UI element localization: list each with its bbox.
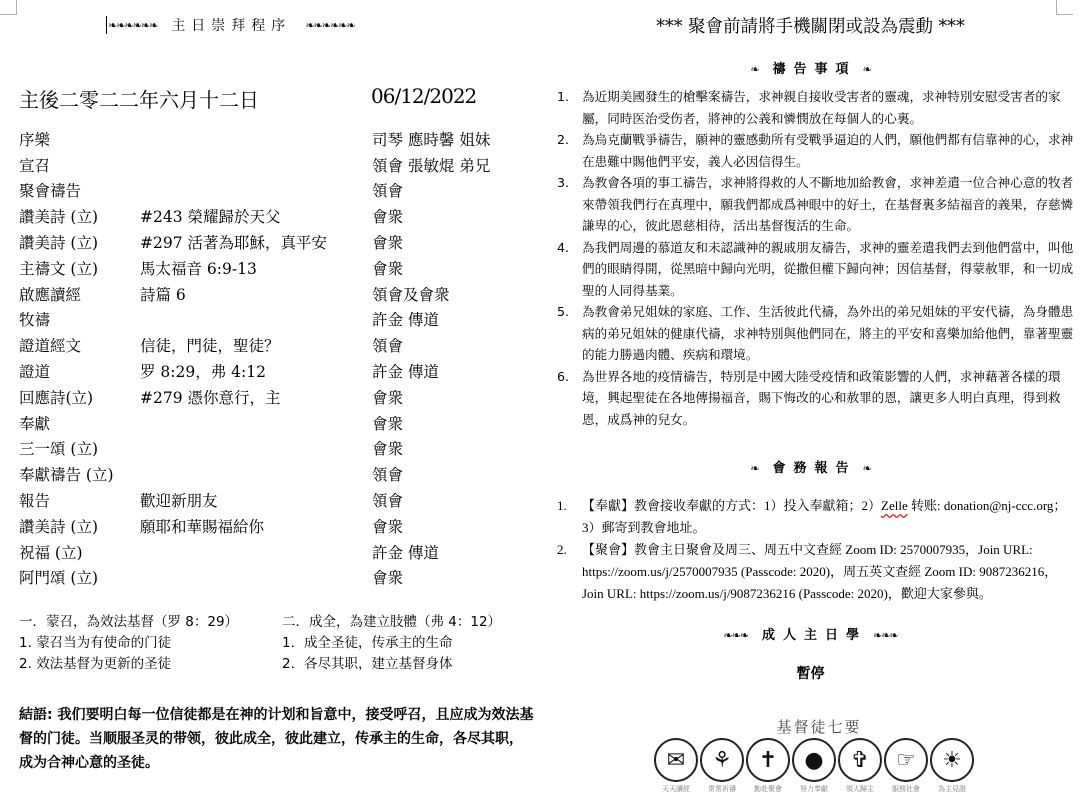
program-leader: 領會: [372, 179, 403, 201]
outline-point: 1.成全圣徒，传承主的生命: [282, 631, 501, 652]
outline-part-1: 一．蒙召，為效法基督（罗 8：29） 1. 蒙召当为有使命的门徒 2. 效法基督…: [19, 610, 238, 673]
program-row: 牧禱許金 傳道: [19, 307, 519, 333]
item-text: 為烏克蘭戰爭禱告，願神的靈感動所有受戰爭逼迫的人們，願他們都有信靠神的心，求神在…: [582, 129, 1077, 172]
outline-heading: 二．成全，為建立肢體（弗 4：12）: [282, 610, 501, 631]
point-number: 1.: [282, 635, 304, 651]
prayer-section-title: ❧禱告事項❧: [540, 58, 1081, 77]
announcements-page: *** 聚會前請將手機關閉或設為震動 *** ❧禱告事項❧ 1.為近期美國發生的…: [540, 0, 1081, 808]
program-detail: 信徒，門徒，聖徒？: [140, 334, 372, 356]
item-number: 3.: [557, 172, 582, 237]
news-item: 1.【奉獻】教會接收奉獻的方式：1）投入奉獻箱；2）Zelle 转账: dona…: [557, 495, 1077, 539]
program-item: 三一頌 (立): [19, 437, 140, 459]
outline-point: 1. 蒙召当为有使命的门徒: [19, 631, 238, 652]
program-leader: 會衆: [372, 515, 403, 537]
sunday-school-status: 暫停: [540, 663, 1081, 683]
program-row: 祝福 (立)許金 傳道: [19, 539, 519, 565]
news-section-title: ❧會務報告❧: [540, 457, 1081, 476]
date-numeric: 06/12/2022: [371, 84, 476, 108]
item-number: 5.: [557, 301, 582, 366]
program-item: 阿門頌 (立): [19, 566, 140, 588]
point-number: 2.: [19, 656, 32, 672]
program-item: 奉獻禱告 (立): [19, 463, 140, 485]
program-heading: ❧❧❧❧❧❧ 主日崇拜程序 ❧❧❧❧❧❧: [108, 15, 438, 35]
program-row: 讚美詩 (立)#297 活著為耶穌，真平安會衆: [19, 229, 519, 255]
ornament-icon: ❧❧❧: [723, 629, 748, 642]
prayer-item: 4.為我們周邊的慕道友和未認識神的親戚朋友禱告，求神的靈差遣我們去到他們當中，叫…: [557, 237, 1077, 302]
text-segment: 【奉獻】教會接收奉獻的方式：1）投入奉獻箱；2）: [582, 498, 881, 513]
essential-label: 勤赴聚會: [746, 784, 790, 794]
church-gathering-icon: ✝: [746, 738, 790, 782]
program-leader: 許金 傳道: [372, 541, 439, 563]
program-title: 主日崇拜程序: [171, 15, 291, 35]
program-leader: 會衆: [372, 437, 403, 459]
ornament-icon: ❧: [863, 63, 871, 76]
program-row: 讚美詩 (立)#243 榮耀歸於天父會衆: [19, 203, 519, 229]
essential-label: 服務社會: [884, 784, 928, 794]
program-item: 奉獻: [19, 412, 140, 434]
program-row: 阿門頌 (立)會衆: [19, 565, 519, 591]
program-leader: 司琴 應時馨 姐妹: [372, 128, 490, 150]
program-item: 啟應讀經: [19, 283, 140, 305]
program-detail: 詩篇 6: [140, 283, 372, 305]
ornament-icon: ❧: [863, 462, 871, 475]
program-leader: 領會及會衆: [372, 283, 450, 305]
program-detail: 馬太福音 6:9-13: [140, 257, 372, 279]
section-heading: 成人主日學: [762, 628, 867, 643]
essential-label: 努力奉獻: [792, 784, 836, 794]
point-text: 成全圣徒，传承主的生命: [304, 635, 453, 651]
spellcheck-flagged-word[interactable]: Zelle: [881, 498, 908, 513]
prayer-item: 3.為教會各項的事工禱告，求神將得救的人不斷地加給教會，求神差遣一位合神心意的牧…: [557, 172, 1077, 237]
program-leader: 領會: [372, 463, 403, 485]
program-item: 主禱文 (立): [19, 257, 140, 279]
item-number: 1.: [557, 495, 582, 539]
ornament-icon: ❧❧❧❧❧❧: [305, 19, 354, 32]
news-item: 2.【聚會】教會主日聚會及周三、周五中文查經 Zoom ID: 25700079…: [557, 539, 1077, 605]
item-number: 2.: [557, 539, 582, 605]
item-text: 為世界各地的疫情禱告，特別是中國大陸受疫情和政策影響的人們，求神藉著各樣的環境，…: [582, 366, 1077, 431]
sunday-school-title: ❧❧❧成人主日學❧❧❧: [540, 624, 1081, 643]
program-row: 回應詩(立)#279 憑你意行，主會衆: [19, 384, 519, 410]
prayer-item: 1.為近期美國發生的槍擊案禱告，求神親自接收受害者的靈魂，求神特別安慰受害者的家…: [557, 86, 1077, 129]
essential-label: 常常祈禱: [700, 784, 744, 794]
item-number: 1.: [557, 86, 582, 129]
point-number: 2.: [282, 656, 304, 672]
seven-essentials-graphic: 基督徒七要 ✉ ⚘ ✝ ● ✞ ☞ ☀ 天天讀經 常常祈禱 勤赴聚會 努力奉獻 …: [654, 716, 984, 794]
essential-label: 領人歸主: [838, 784, 882, 794]
program-detail: 願耶和華賜福給你: [140, 515, 372, 537]
program-row: 主禱文 (立)馬太福音 6:9-13會衆: [19, 255, 519, 281]
program-row: 奉獻禱告 (立)領會: [19, 461, 519, 487]
program-detail: #279 憑你意行，主: [140, 386, 372, 408]
outline-part-2: 二．成全，為建立肢體（弗 4：12） 1.成全圣徒，传承主的生命 2.各尽其职，…: [282, 610, 501, 673]
program-row: 報告歡迎新朋友領會: [19, 487, 519, 513]
outline-point: 2. 效法基督为更新的圣徒: [19, 652, 238, 673]
seven-essentials-title: 基督徒七要: [654, 716, 984, 738]
essential-label: 天天讀經: [654, 784, 698, 794]
lead-to-christ-icon: ✞: [838, 738, 882, 782]
program-item: 祝福 (立): [19, 541, 140, 563]
program-detail: 歡迎新朋友: [140, 489, 372, 511]
ornament-icon: ❧❧❧❧❧❧: [108, 19, 157, 32]
program-leader: 會衆: [372, 257, 403, 279]
section-heading: 會務報告: [772, 461, 856, 476]
item-text: 為教會各項的事工禱告，求神將得救的人不斷地加給教會，求神差遣一位合神心意的牧者來…: [582, 172, 1077, 237]
prayer-list: 1.為近期美國發生的槍擊案禱告，求神親自接收受害者的靈魂，求神特別安慰受害者的家…: [557, 86, 1077, 430]
program-item: 回應詩(立): [19, 386, 140, 408]
kneeling-prayer-icon: ⚘: [700, 738, 744, 782]
prayer-item: 6.為世界各地的疫情禱告，特別是中國大陸受疫情和政策影響的人們，求神藉著各樣的環…: [557, 366, 1077, 431]
point-number: 1.: [19, 635, 32, 651]
offering-icon: ●: [792, 738, 836, 782]
item-number: 4.: [557, 237, 582, 302]
item-number: 6.: [557, 366, 582, 431]
item-text: 為教會弟兄姐妹的家庭、工作、生活彼此代禱，為外出的弟兄姐妹的平安代禱，為身體患病…: [582, 301, 1077, 366]
program-row: 三一頌 (立)會衆: [19, 436, 519, 462]
program-item: 序樂: [19, 128, 140, 150]
item-text: 【奉獻】教會接收奉獻的方式：1）投入奉獻箱；2）Zelle 转账: donati…: [582, 495, 1077, 539]
program-leader: 會衆: [372, 566, 403, 588]
program-item: 證道經文: [19, 334, 140, 356]
program-row: 啟應讀經詩篇 6領會及會衆: [19, 281, 519, 307]
item-text: 為我們周邊的慕道友和未認識神的親戚朋友禱告，求神的靈差遣我們去到他們當中，叫他們…: [582, 237, 1077, 302]
program-row: 宣召領會 張敏焜 弟兄: [19, 152, 519, 178]
date-chinese: 主後二零二二年六月十二日: [19, 84, 259, 113]
program-item: 讚美詩 (立): [19, 515, 140, 537]
program-item: 報告: [19, 489, 140, 511]
program-item: 牧禱: [19, 308, 140, 330]
program-leader: 領會: [372, 489, 403, 511]
ornament-icon: ❧: [750, 63, 758, 76]
outline-heading: 一．蒙召，為效法基督（罗 8：29）: [19, 610, 238, 631]
point-text: 蒙召当为有使命的门徒: [36, 635, 171, 651]
essential-label: 為主見證: [930, 784, 974, 794]
program-item: 證道: [19, 360, 140, 382]
program-row: 讚美詩 (立)願耶和華賜福給你會衆: [19, 513, 519, 539]
program-row: 序樂司琴 應時馨 姐妹: [19, 126, 519, 152]
program-row: 聚會禱告領會: [19, 178, 519, 204]
reading-bible-icon: ✉: [654, 738, 698, 782]
program-row: 奉獻會衆: [19, 410, 519, 436]
program-leader: 領會: [372, 334, 403, 356]
worship-program-page: ❧❧❧❧❧❧ 主日崇拜程序 ❧❧❧❧❧❧ 主後二零二二年六月十二日 06/12/…: [0, 0, 540, 808]
program-detail: #243 榮耀歸於天父: [140, 205, 372, 227]
outline-point: 2.各尽其职，建立基督身体: [282, 652, 501, 673]
prayer-item: 2.為烏克蘭戰爭禱告，願神的靈感動所有受戰爭逼迫的人們，願他們都有信靠神的心，求…: [557, 129, 1077, 172]
section-heading: 禱告事項: [772, 62, 856, 77]
program-item: 宣召: [19, 154, 140, 176]
news-list: 1.【奉獻】教會接收奉獻的方式：1）投入奉獻箱；2）Zelle 转账: dona…: [557, 495, 1077, 605]
prayer-item: 5.為教會弟兄姐妹的家庭、工作、生活彼此代禱，為外出的弟兄姐妹的平安代禱，為身體…: [557, 301, 1077, 366]
phone-notice: *** 聚會前請將手機關閉或設為震動 ***: [540, 13, 1081, 38]
program-item: 讚美詩 (立): [19, 205, 140, 227]
program-detail: 罗 8:29，弗 4:12: [140, 360, 372, 382]
program-leader: 會衆: [372, 386, 403, 408]
item-number: 2.: [557, 129, 582, 172]
program-leader: 許金 傳道: [372, 360, 439, 382]
program-leader: 會衆: [372, 205, 403, 227]
sermon-conclusion: 結語: 我们要明白每一位信徒都是在神的计划和旨意中，接受呼召，且应成为效法基督的…: [19, 703, 534, 775]
item-text: 為近期美國發生的槍擊案禱告，求神親自接收受害者的靈魂，求神特別安慰受害者的家屬，…: [582, 86, 1077, 129]
program-leader: 會衆: [372, 412, 403, 434]
program-detail: #297 活著為耶穌，真平安: [140, 231, 372, 253]
point-text: 各尽其职，建立基督身体: [304, 656, 453, 672]
ornament-icon: ❧: [750, 462, 758, 475]
program-item: 讚美詩 (立): [19, 231, 140, 253]
point-text: 效法基督为更新的圣徒: [36, 656, 171, 672]
program-leader: 會衆: [372, 231, 403, 253]
program-row: 證道經文信徒，門徒，聖徒？領會: [19, 332, 519, 358]
program-leader: 領會 張敏焜 弟兄: [372, 154, 490, 176]
program-row: 證道罗 8:29，弗 4:12許金 傳道: [19, 358, 519, 384]
item-text: 【聚會】教會主日聚會及周三、周五中文查經 Zoom ID: 2570007935…: [582, 539, 1077, 605]
program-leader: 許金 傳道: [372, 308, 439, 330]
ornament-icon: ❧❧❧: [873, 629, 898, 642]
candle-witness-icon: ☀: [930, 738, 974, 782]
program-item: 聚會禱告: [19, 179, 140, 201]
serve-society-icon: ☞: [884, 738, 928, 782]
program-list: 序樂司琴 應時馨 姐妹 宣召領會 張敏焜 弟兄 聚會禱告領會 讚美詩 (立)#2…: [19, 126, 519, 590]
